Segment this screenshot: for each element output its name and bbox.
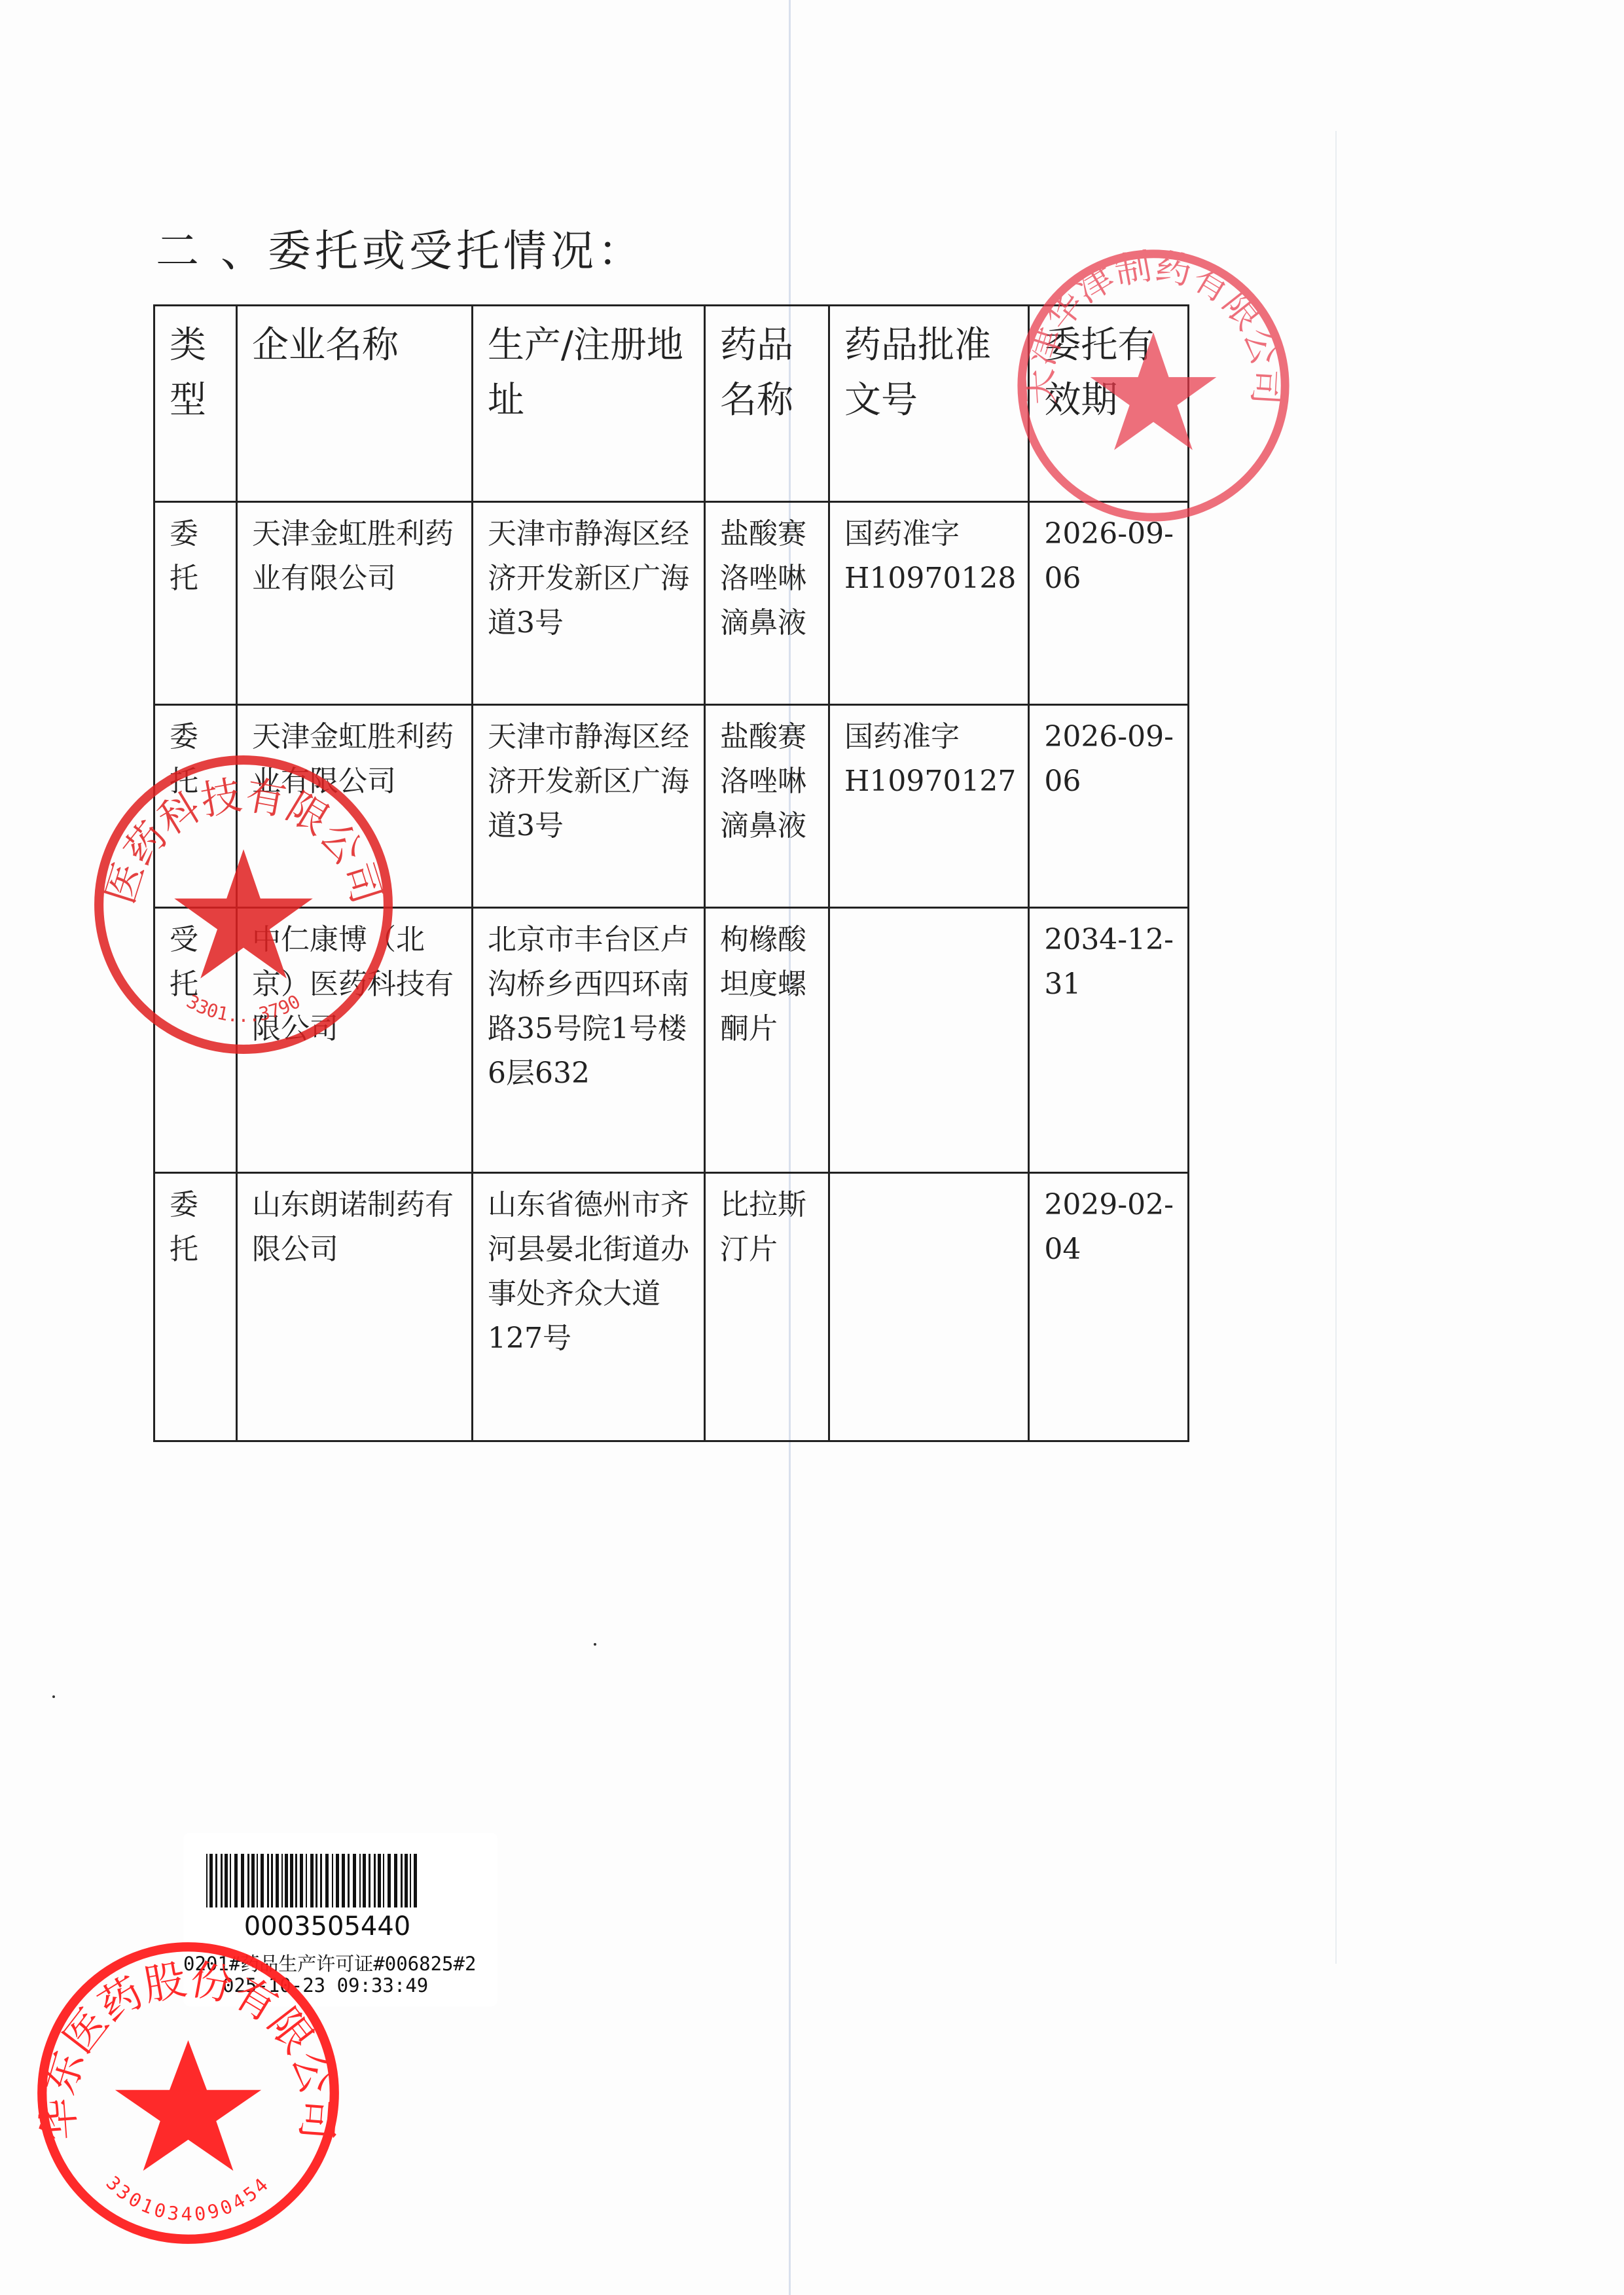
header-approval-no: 药品批准文号 bbox=[829, 306, 1029, 502]
speck bbox=[594, 1643, 596, 1646]
section-heading: 二 、委托或受托情况： bbox=[156, 216, 645, 278]
cell-type: 受托 bbox=[154, 908, 237, 1173]
speck bbox=[52, 1695, 55, 1698]
cell-address: 天津市静海区经济开发新区广海道3号 bbox=[473, 705, 705, 908]
cell-type: 委托 bbox=[154, 502, 237, 705]
scan-artifact-line bbox=[1335, 131, 1337, 1964]
entrustment-table: 类型 企业名称 生产/注册地址 药品名称 药品批准文号 委托有效期 委托 天津金… bbox=[153, 304, 1189, 1442]
cell-company: 天津金虹胜利药业有限公司 bbox=[237, 502, 473, 705]
cell-company: 天津金虹胜利药业有限公司 bbox=[237, 705, 473, 908]
header-company: 企业名称 bbox=[237, 306, 473, 502]
cell-address: 北京市丰台区卢沟桥乡西四环南路35号院1号楼6层632 bbox=[473, 908, 705, 1173]
cell-validity: 2026-09-06 bbox=[1029, 705, 1189, 908]
table-row: 委托 天津金虹胜利药业有限公司 天津市静海区经济开发新区广海道3号 盐酸赛洛唑啉… bbox=[154, 705, 1189, 908]
cell-address: 山东省德州市齐河县晏北街道办事处齐众大道127号 bbox=[473, 1173, 705, 1441]
cell-type: 委托 bbox=[154, 1173, 237, 1441]
header-drug-name: 药品名称 bbox=[705, 306, 829, 502]
cell-drug-name: 比拉斯汀片 bbox=[705, 1173, 829, 1441]
barcode-icon bbox=[206, 1854, 448, 1907]
cell-validity: 2034-12-31 bbox=[1029, 908, 1189, 1173]
cell-type: 委托 bbox=[154, 705, 237, 908]
cell-drug-name: 枸橼酸坦度螺酮片 bbox=[705, 908, 829, 1173]
barcode-label: 0003505440 0201#药品生产许可证#006825#2 025-10-… bbox=[183, 1833, 497, 2006]
svg-text:3301034090454: 3301034090454 bbox=[102, 2172, 275, 2226]
cell-validity: 2029-02-04 bbox=[1029, 1173, 1189, 1441]
cell-approval-no bbox=[829, 1173, 1029, 1441]
table-row: 委托 山东朗诺制药有限公司 山东省德州市齐河县晏北街道办事处齐众大道127号 比… bbox=[154, 1173, 1189, 1441]
seal-code: 3301034090454 bbox=[102, 2172, 275, 2226]
cell-approval-no: 国药准字H10970128 bbox=[829, 502, 1029, 705]
table-row: 受托 中仁康博（北京）医药科技有限公司 北京市丰台区卢沟桥乡西四环南路35号院1… bbox=[154, 908, 1189, 1173]
barcode-number: 0003505440 bbox=[183, 1911, 471, 1942]
cell-address: 天津市静海区经济开发新区广海道3号 bbox=[473, 502, 705, 705]
header-address: 生产/注册地址 bbox=[473, 306, 705, 502]
cell-drug-name: 盐酸赛洛唑啉滴鼻液 bbox=[705, 502, 829, 705]
cell-approval-no bbox=[829, 908, 1029, 1173]
header-type: 类型 bbox=[154, 306, 237, 502]
cell-approval-no: 国药准字H10970127 bbox=[829, 705, 1029, 908]
cell-company: 山东朗诺制药有限公司 bbox=[237, 1173, 473, 1441]
header-validity: 委托有效期 bbox=[1029, 306, 1189, 502]
timestamp-line: 025-10-23 09:33:49 bbox=[223, 1974, 428, 1997]
table-header-row: 类型 企业名称 生产/注册地址 药品名称 药品批准文号 委托有效期 bbox=[154, 306, 1189, 502]
cell-drug-name: 盐酸赛洛唑啉滴鼻液 bbox=[705, 705, 829, 908]
table-row: 委托 天津金虹胜利药业有限公司 天津市静海区经济开发新区广海道3号 盐酸赛洛唑啉… bbox=[154, 502, 1189, 705]
cell-validity: 2026-09-06 bbox=[1029, 502, 1189, 705]
license-line: 0201#药品生产许可证#006825#2 bbox=[183, 1949, 476, 1976]
cell-company: 中仁康博（北京）医药科技有限公司 bbox=[237, 908, 473, 1173]
